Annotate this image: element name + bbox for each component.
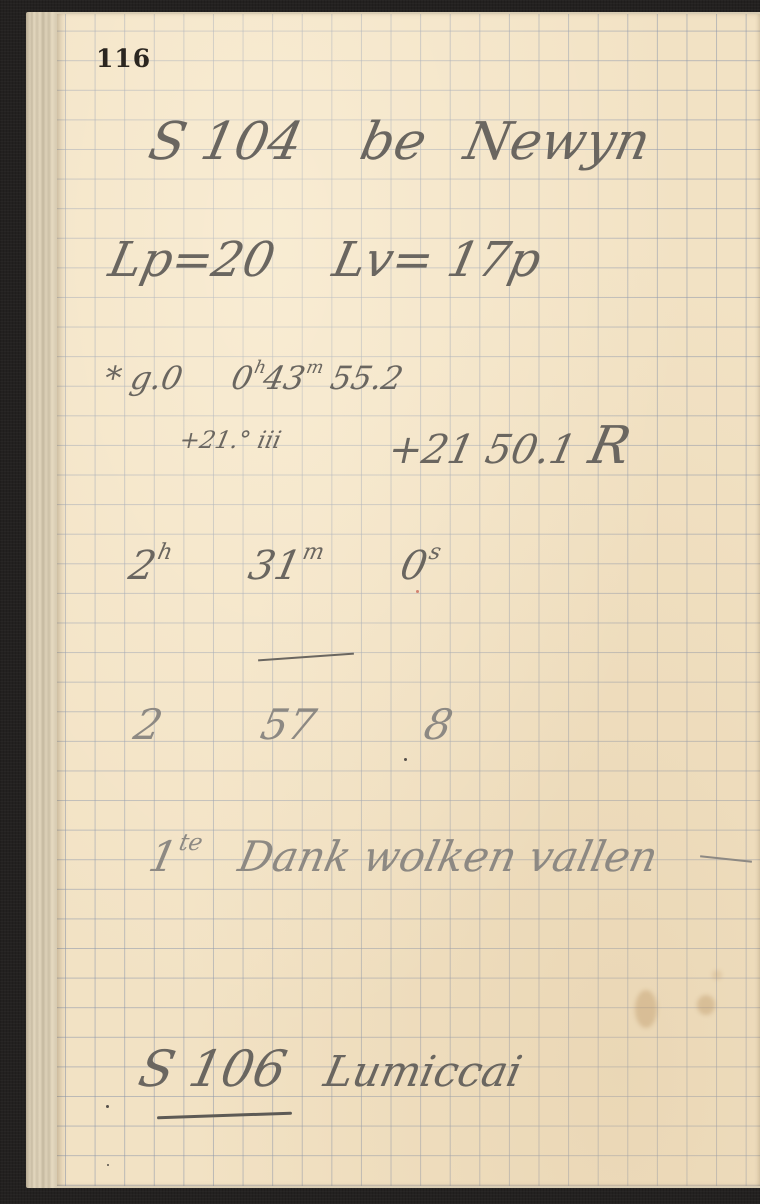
pencil-dot	[107, 1164, 109, 1166]
page-number: 116	[96, 44, 151, 73]
pencil-dot	[404, 758, 407, 761]
result-minutes: 57	[257, 700, 321, 749]
declination: +21 50.1	[384, 427, 580, 473]
note-ordinal-sup: te	[177, 830, 205, 856]
red-dot	[416, 590, 419, 593]
note-text: Dank wolken vallen	[234, 832, 662, 881]
stain	[697, 995, 715, 1015]
designation: S 106	[134, 1040, 292, 1098]
stain	[635, 990, 657, 1028]
coords-line-2-label: +21.° iii	[177, 426, 284, 454]
param-lp: Lp=20	[104, 232, 280, 288]
word-2: Newyn	[459, 112, 655, 172]
ra-minutes-unit: m	[304, 358, 325, 378]
stain	[712, 970, 722, 980]
heading-s106: S 106Lumiccai	[134, 1040, 528, 1098]
word-1: be	[355, 112, 432, 172]
time-line: 2h31m0s	[125, 540, 444, 589]
ra-seconds: 55.2	[327, 359, 406, 397]
result-line: 2578	[130, 700, 457, 749]
time-seconds: 0	[396, 543, 431, 589]
designation: S 104	[144, 112, 308, 172]
note-line: 1teDank wolken vallen	[145, 830, 663, 881]
coord-label: g.0	[127, 359, 186, 397]
param-lv: Lv= 17p	[328, 232, 546, 288]
coords-line-1: * g.00h43m55.2	[101, 358, 407, 397]
pencil-dot	[106, 1105, 109, 1108]
time-minutes-unit: m	[300, 540, 326, 565]
word: Lumiccai	[320, 1048, 526, 1097]
heading-s104: S 104beNewyn	[144, 112, 656, 172]
time-hours-unit: h	[155, 540, 174, 565]
ra-minutes: 43	[260, 359, 309, 397]
coords-line-2: +21 50.1R	[384, 416, 636, 476]
time-minutes: 31	[244, 543, 305, 589]
params-line: Lp=20Lv= 17p	[104, 232, 546, 288]
